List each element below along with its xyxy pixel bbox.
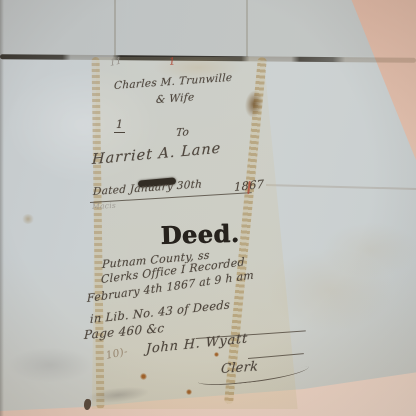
photo-of-antique-deed-document: 11 1 Charles M. Trunwille & Wife 1 To Ha… (0, 0, 416, 416)
rust-spot (140, 373, 147, 380)
torn-fold-notch (83, 399, 91, 411)
vertical-fold-line-right (246, 0, 248, 57)
paper-left-edge-shadow (0, 0, 4, 416)
to-label: To (175, 126, 189, 139)
item-number: 1 (114, 118, 125, 133)
rust-spot (214, 352, 219, 357)
brown-stain-blotch (243, 89, 265, 119)
vertical-fold-line-left (114, 0, 116, 57)
rust-spot (186, 389, 192, 395)
faint-pencil-note: Macis (92, 201, 117, 211)
red-filing-mark: 1 (168, 56, 176, 68)
tan-spot (22, 214, 34, 224)
deed-heading: Deed. (148, 218, 253, 250)
